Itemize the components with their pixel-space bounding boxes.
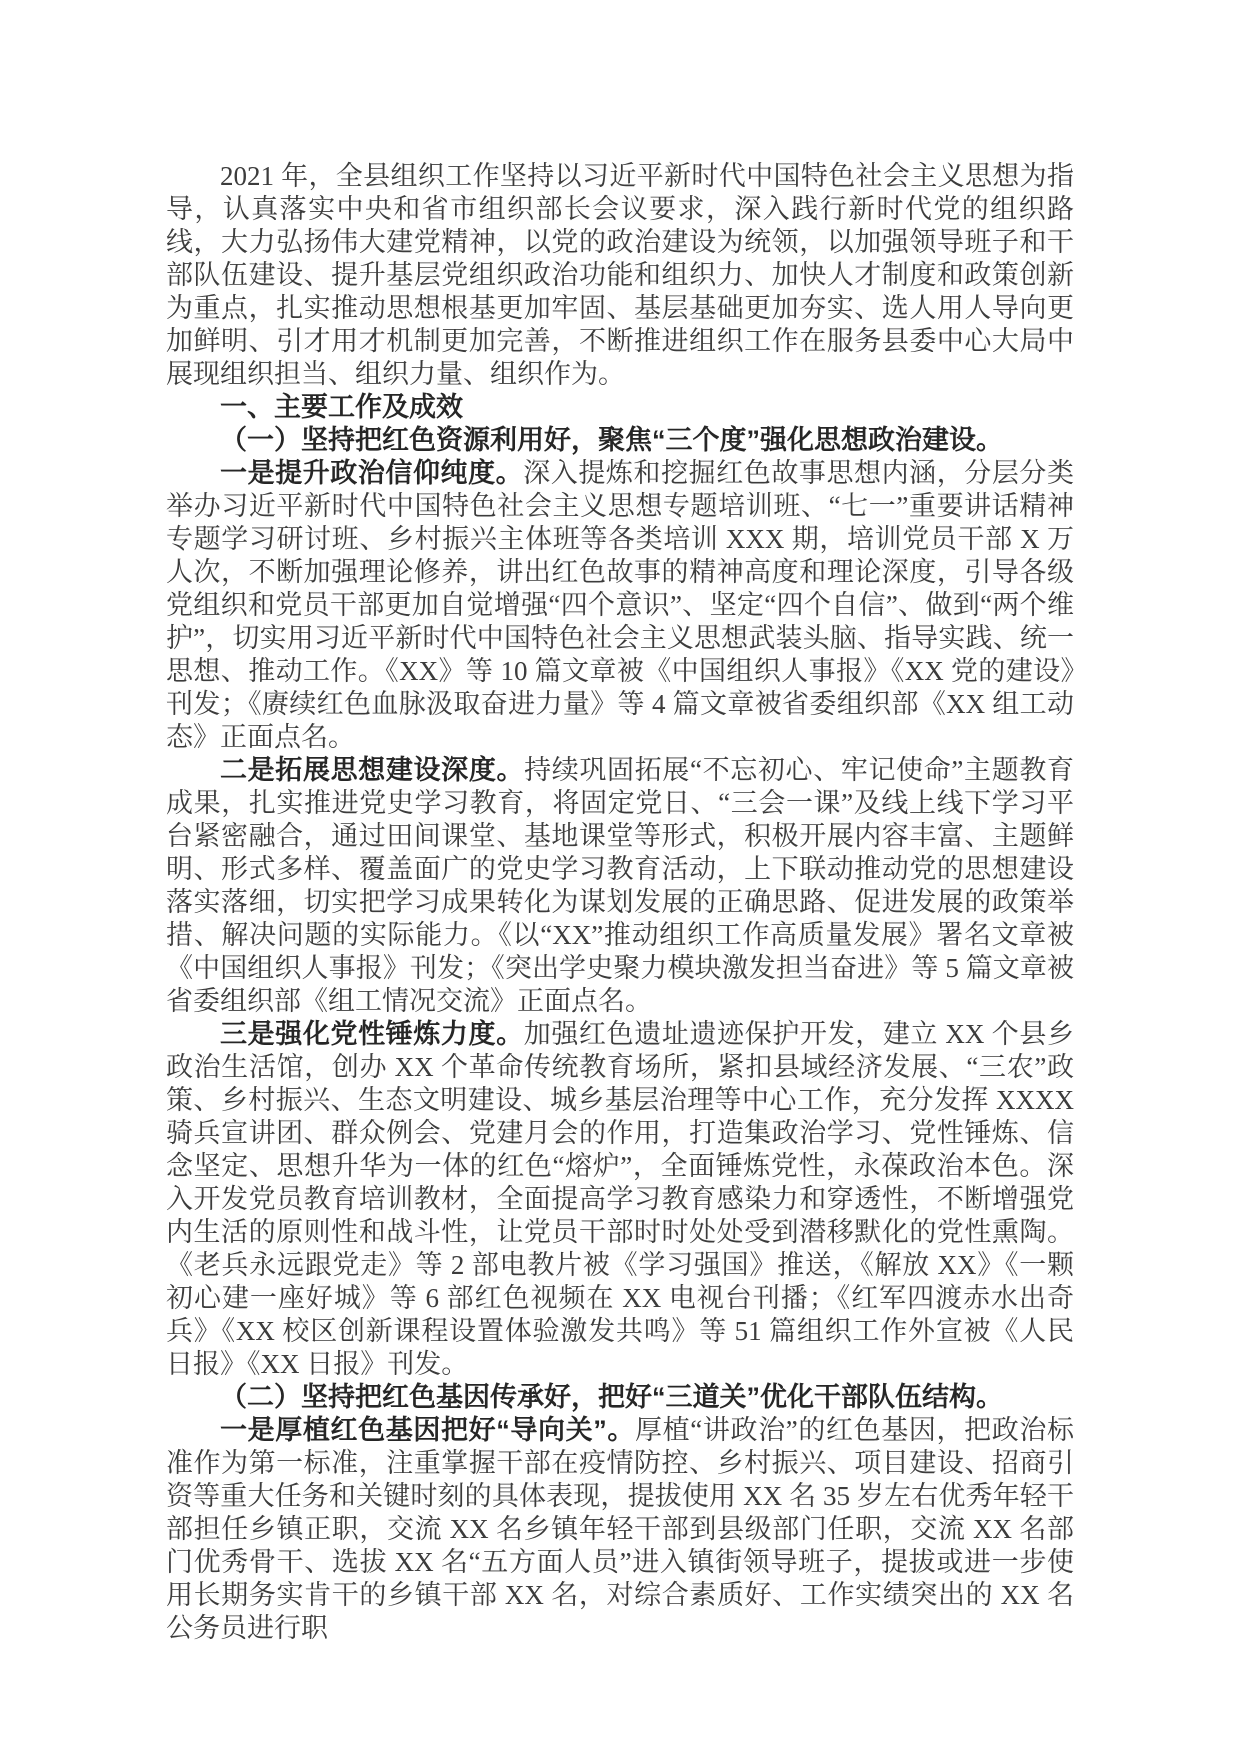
paragraph-point-3-lead: 三是强化党性锤炼力度。 [220,1019,524,1049]
paragraph-point-4: 一是厚植红色基因把好“导向关”。厚植“讲政治”的红色基因，把政治标准作为第一标准… [166,1414,1074,1645]
document-page: 2021 年，全县组织工作坚持以习近平新时代中国特色社会主义思想为指导，认真落实… [0,0,1240,1754]
paragraph-point-3-text: 加强红色遗址遗迹保护开发，建立 XX 个县乡政治生活馆，创办 XX 个革命传统教… [166,1019,1074,1379]
paragraph-point-2-lead: 二是拓展思想建设深度。 [220,755,524,785]
subsection-heading-2: （二）坚持把红色基因传承好，把好“三道关”优化干部队伍结构。 [166,1381,1074,1414]
subsection-heading-1: （一）坚持把红色资源利用好，聚焦“三个度”强化思想政治建设。 [166,424,1074,457]
paragraph-point-1: 一是提升政治信仰纯度。深入提炼和挖掘红色故事思想内涵，分层分类举办习近平新时代中… [166,457,1074,754]
paragraph-point-1-text: 深入提炼和挖掘红色故事思想内涵，分层分类举办习近平新时代中国特色社会主义思想专题… [166,458,1074,752]
paragraph-point-2: 二是拓展思想建设深度。持续巩固拓展“不忘初心、牢记使命”主题教育成果，扎实推进党… [166,754,1074,1018]
paragraph-point-4-text: 厚植“讲政治”的红色基因，把政治标准作为第一标准，注重掌握干部在疫情防控、乡村振… [166,1415,1074,1643]
section-heading-main: 一、主要工作及成效 [166,391,1074,424]
paragraph-point-3: 三是强化党性锤炼力度。加强红色遗址遗迹保护开发，建立 XX 个县乡政治生活馆，创… [166,1018,1074,1381]
paragraph-point-4-lead: 一是厚植红色基因把好“导向关”。 [220,1415,635,1445]
intro-paragraph: 2021 年，全县组织工作坚持以习近平新时代中国特色社会主义思想为指导，认真落实… [166,160,1074,391]
paragraph-point-1-lead: 一是提升政治信仰纯度。 [220,458,523,488]
paragraph-point-2-text: 持续巩固拓展“不忘初心、牢记使命”主题教育成果，扎实推进党史学习教育，将固定党日… [166,755,1074,1016]
